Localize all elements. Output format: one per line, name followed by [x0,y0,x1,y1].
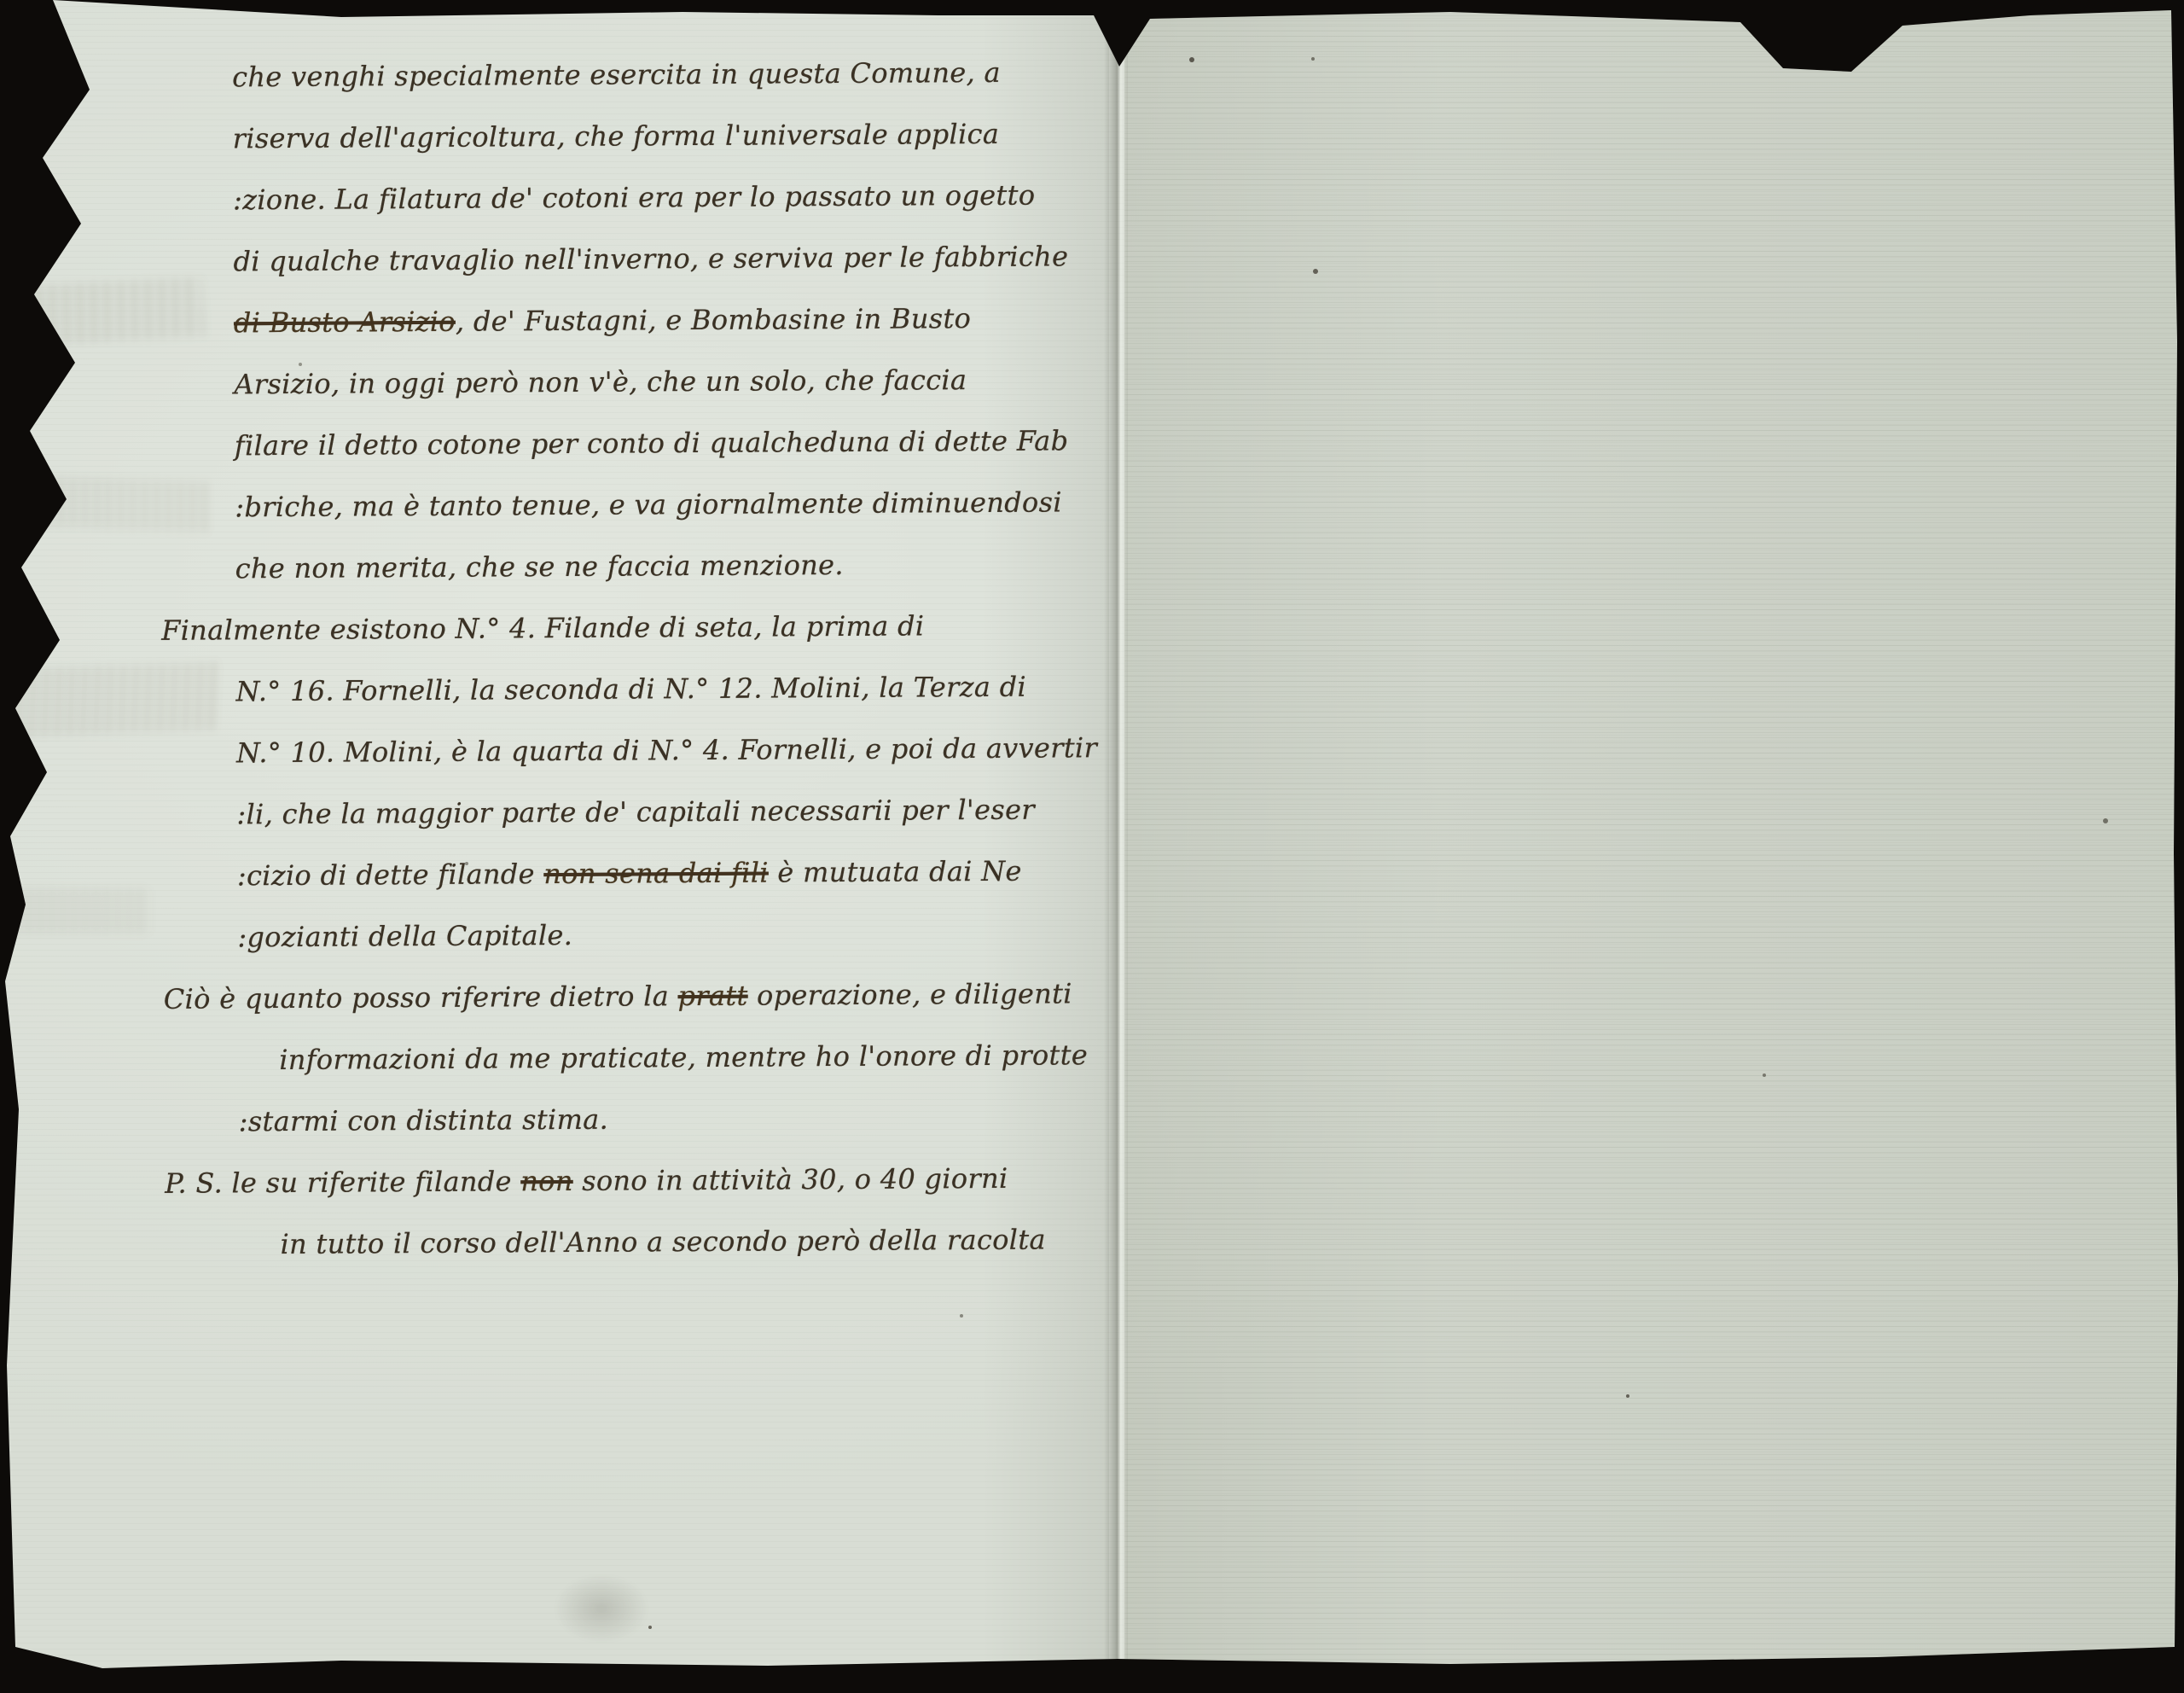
manuscript-line: N.° 10. Molini, è la quarta di N.° 4. Fo… [4,717,1118,785]
manuscript-line: Finalmente esistono N.° 4. Filande di se… [3,594,1117,662]
manuscript-line: Arsizio, in oggi però non v'è, che un so… [2,348,1115,416]
manuscript-text: che venghi specialmente esercita in ques… [0,41,1121,1277]
manuscript-line: :starmi con distinta stima. [6,1085,1119,1154]
manuscript-line: di qualche travaglio nell'inverno, e ser… [1,225,1114,294]
manuscript-line: informazioni da me praticate, mentre ho … [6,1024,1119,1092]
manuscript-line: P. S. le su riferite filande non sono in… [7,1147,1120,1215]
manuscript-photo: che venghi specialmente esercita in ques… [0,0,2184,1693]
manuscript-line: in tutto il corso dell'Anno a secondo pe… [7,1208,1120,1277]
manuscript-line: :gozianti della Capitale. [5,901,1118,969]
right-page [1124,0,2184,1693]
manuscript-line: di Busto Arsizio, de' Fustagni, e Bombas… [2,287,1115,355]
manuscript-line: N.° 16. Fornelli, la seconda di N.° 12. … [3,655,1117,724]
manuscript-line: :cizio di dette filande non sena dai fil… [5,840,1118,908]
smudge-mark [555,1574,648,1643]
manuscript-line: :li, che la maggior parte de' capitali n… [4,778,1118,846]
ink-speck [0,0,3,3]
manuscript-line: filare il detto cotone per conto di qual… [3,410,1116,478]
manuscript-line: che non merita, che se ne faccia menzion… [3,532,1117,601]
manuscript-line: Ciò è quanto posso riferire dietro la pr… [6,963,1119,1031]
manuscript-line: :briche, ma è tanto tenue, e va giornalm… [3,471,1116,539]
manuscript-line: :zione. La filatura de' cotoni era per l… [1,164,1114,232]
manuscript-line: che venghi specialmente esercita in ques… [0,41,1113,109]
manuscript-line: riserva dell'agricoltura, che forma l'un… [0,102,1113,171]
manuscript-spread: che venghi specialmente esercita in ques… [0,0,2184,1693]
